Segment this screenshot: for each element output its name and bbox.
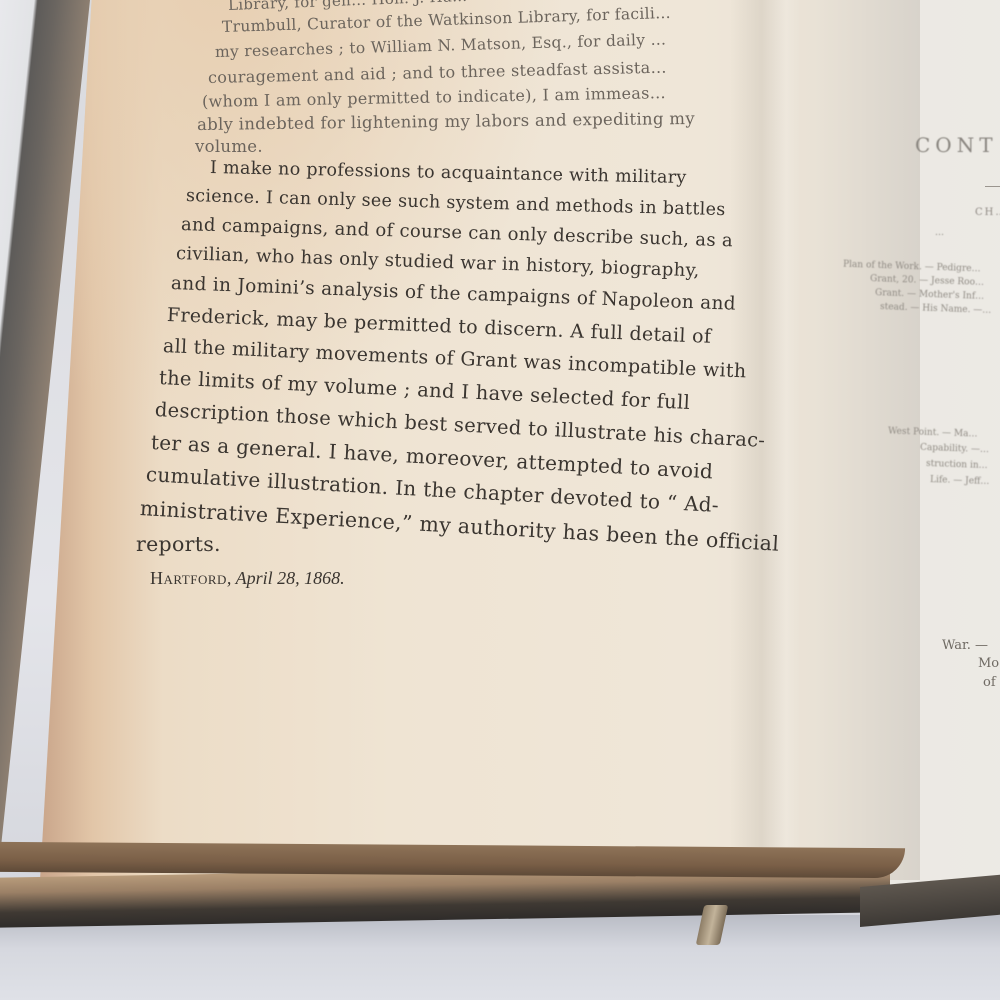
text-line: couragement and aid ; and to three stead… (208, 58, 667, 87)
contents-entry: of (983, 675, 996, 690)
contents-entry: Life. — Jeff… (930, 475, 990, 487)
heading-rule (985, 186, 1000, 187)
chapter-subline: … (935, 228, 944, 238)
contents-heading: CONT (915, 133, 998, 157)
signature-date: , April 28, 1868. (227, 568, 345, 588)
contents-entry: War. — (942, 638, 988, 653)
preface-signature: Hartford, April 28, 1868. (150, 568, 345, 589)
contents-entry: struction in… (926, 459, 988, 471)
signature-place: Hartford (150, 568, 227, 588)
text-line: volume. (195, 137, 263, 156)
text-line: science. I can only see such system and … (186, 186, 726, 220)
text-line: my researches ; to William N. Matson, Es… (215, 30, 667, 61)
chapter-label: CH… (975, 207, 1000, 218)
text-line: ably indebted for lightening my labors a… (197, 109, 695, 134)
contents-entry: Mo… (978, 656, 1000, 671)
book-photo: Library, for gen… Hon. J. Ha… Trumbull, … (0, 0, 1000, 1000)
preface-text: Library, for gen… Hon. J. Ha… Trumbull, … (0, 0, 1000, 1000)
text-line: reports. (136, 532, 221, 556)
text-line: I make no professions to acquaintance wi… (210, 158, 687, 188)
text-line: (whom I am only permitted to indicate), … (202, 83, 666, 111)
